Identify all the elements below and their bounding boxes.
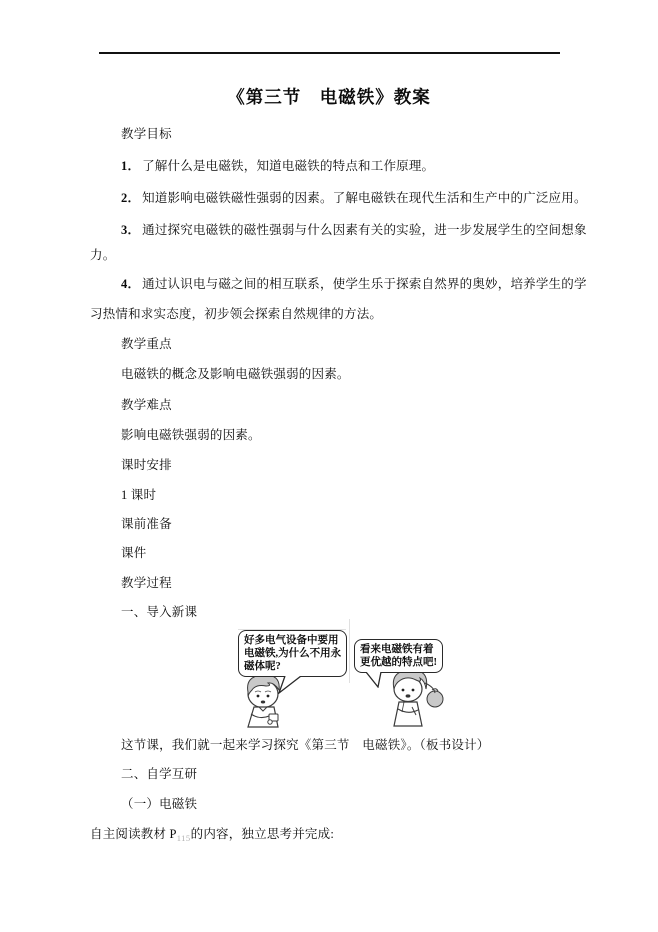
heading-lesson-schedule: 课时安排: [121, 457, 172, 473]
goal-text-2: 知道影响电磁铁磁性强弱的因素。了解电磁铁在现代生活和生产中的广泛应用。: [142, 191, 587, 205]
heading-pre-class-preparation: 课前准备: [121, 516, 172, 532]
boy-speech-bubble-tail: [278, 676, 302, 694]
lesson-schedule-text: 1 课时: [121, 487, 156, 503]
reading-instruction-prefix: 自主阅读教材 P: [90, 827, 177, 841]
goal-number-3: 3．: [121, 223, 140, 237]
heading-teaching-goals: 教学目标: [121, 126, 172, 142]
heading-teaching-focus: 教学重点: [121, 336, 172, 352]
textbook-page-subscript: 115: [177, 833, 191, 843]
goal-text-1: 了解什么是电磁铁，知道电磁铁的特点和工作原理。: [142, 159, 434, 173]
goal-item-4: 4．通过认识电与磁之间的相互联系，使学生乐于探索自然界的奥妙，培养学生的学: [121, 276, 587, 292]
heading-teaching-process: 教学过程: [121, 575, 172, 591]
goal-item-3: 3．通过探究电磁铁的磁性强弱与什么因素有关的实验，进一步发展学生的空间想象: [121, 222, 587, 238]
cartoon-illustration: 好多电气设备中要用 电磁铁,为什么不用永 磁体呢? 看来电磁铁有着 更优越的特点…: [236, 627, 452, 731]
goal-text-4: 通过认识电与磁之间的相互联系，使学生乐于探索自然界的奥妙，培养学生的学: [142, 277, 587, 291]
lesson-intro-sentence: 这节课，我们就一起来学习探究《第三节 电磁铁》。（板书设计）: [121, 737, 490, 753]
section-1-intro-new-lesson: 一、导入新课: [121, 604, 197, 620]
reading-instruction-suffix: 的内容，独立思考并完成:: [191, 827, 334, 841]
goal-number-2: 2．: [121, 191, 140, 205]
girl-speech-bubble-tail: [362, 672, 382, 688]
teaching-focus-text: 电磁铁的概念及影响电磁铁强弱的因素。: [121, 366, 350, 382]
page-title: 《第三节 电磁铁》教案: [0, 84, 658, 109]
reading-instruction: 自主阅读教材 P115的内容，独立思考并完成:: [90, 826, 334, 842]
girl-speech-bubble: 看来电磁铁有着 更优越的特点吧!: [354, 639, 443, 673]
image-edge-artifact-vertical: [349, 619, 350, 683]
section-2-self-study: 二、自学互研: [121, 766, 197, 782]
teaching-difficulty-text: 影响电磁铁强弱的因素。: [121, 427, 261, 443]
goal-item-2: 2．知道影响电磁铁磁性强弱的因素。了解电磁铁在现代生活和生产中的广泛应用。: [121, 190, 587, 206]
goal-3-continuation: 力。: [90, 247, 115, 263]
goal-text-3: 通过探究电磁铁的磁性强弱与什么因素有关的实验，进一步发展学生的空间想象: [142, 223, 587, 237]
subsection-electromagnet: （一）电磁铁: [121, 796, 197, 812]
goal-number-4: 4．: [121, 277, 140, 291]
boy-speech-bubble: 好多电气设备中要用 电磁铁,为什么不用永 磁体呢?: [238, 630, 347, 677]
goal-number-1: 1．: [121, 159, 140, 173]
goal-item-1: 1．了解什么是电磁铁，知道电磁铁的特点和工作原理。: [121, 158, 434, 174]
document-page: 《第三节 电磁铁》教案 教学目标 1．了解什么是电磁铁，知道电磁铁的特点和工作原…: [0, 0, 658, 932]
preparation-text: 课件: [121, 545, 146, 561]
header-divider-line: [99, 52, 560, 54]
goal-4-continuation: 习热情和求实态度，初步领会探索自然规律的方法。: [90, 306, 382, 322]
heading-teaching-difficulty: 教学难点: [121, 397, 172, 413]
